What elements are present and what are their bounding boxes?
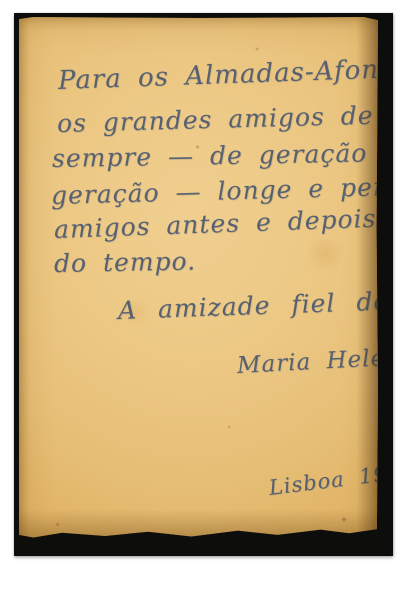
paper-stain bbox=[255, 47, 259, 51]
scan-black-frame: Para os Almadas-Afonsos os grandes amigo… bbox=[14, 13, 393, 556]
paper-stain bbox=[302, 239, 348, 269]
signature: Maria Helena bbox=[236, 344, 400, 379]
book-page: Para os Almadas-Afonsos os grandes amigo… bbox=[19, 17, 378, 546]
inscription-line-3: sempre — de geração em bbox=[52, 138, 400, 173]
paper-stain bbox=[341, 517, 347, 522]
place-date: Lisboa 1954 bbox=[268, 458, 400, 500]
inscription-line-5: amigos antes e depois bbox=[53, 204, 376, 244]
inscription-line-2: os grandes amigos de bbox=[57, 101, 374, 138]
paper-stain bbox=[55, 522, 60, 527]
scan-background: Para os Almadas-Afonsos os grandes amigo… bbox=[0, 0, 400, 600]
inscription-closing-line: A amizade fiel de bbox=[117, 287, 389, 325]
inscription-line-1: Para os Almadas-Afonsos bbox=[57, 53, 400, 96]
paper-stain bbox=[227, 425, 231, 429]
inscription-line-6: do tempo. bbox=[54, 247, 197, 278]
